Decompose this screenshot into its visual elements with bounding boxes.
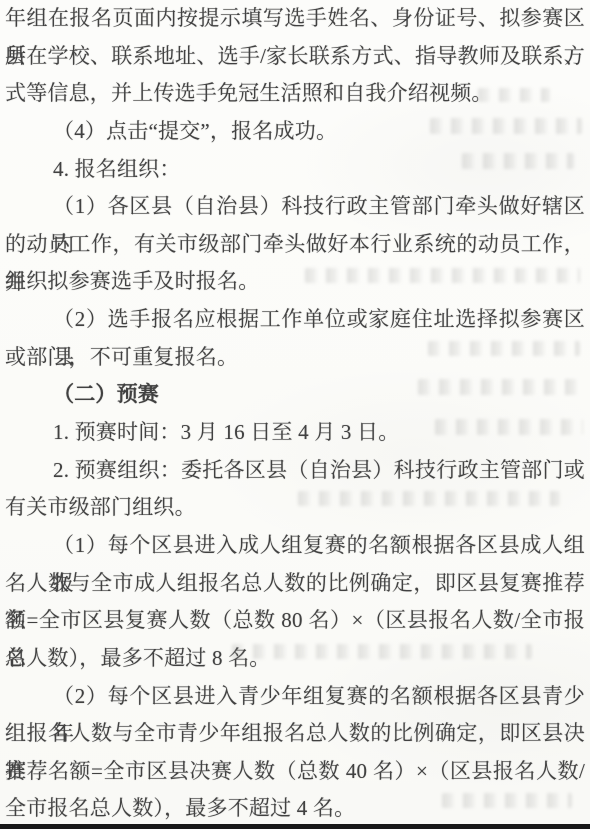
document-line: 额=全市区县复赛人数（总数 80 名）×（区县报名人数/全市报名	[5, 602, 585, 640]
document-line: 或部门，不可重复报名。	[5, 339, 585, 377]
document-line: 组报名人数与全市青少年组报名总人数的比例确定，即区县决赛	[5, 715, 585, 753]
document-line: （二）预赛	[5, 376, 585, 414]
document-line: 推荐名额=全市区县决赛人数（总数 40 名）×（区县报名人数/	[5, 753, 585, 791]
document-line: （1）各区县（自治县）科技行政主管部门牵头做好辖区内	[5, 188, 585, 226]
document-line: 所在学校、联系地址、选手/家长联系方式、指导教师及联系方	[5, 38, 585, 76]
document-line: 的动员工作，有关市级部门牵头做好本行业系统的动员工作，并	[5, 226, 585, 264]
document-body: 年组在报名页面内按提示填写选手姓名、身份证号、拟参赛区县、所在学校、联系地址、选…	[5, 0, 585, 828]
document-line: 1. 预赛时间：3 月 16 日至 4 月 3 日。	[5, 414, 585, 452]
document-line: 式等信息，并上传选手免冠生活照和自我介绍视频。	[5, 75, 585, 113]
document-line: 名人数与全市成人组报名总人数的比例确定，即区县复赛推荐名	[5, 565, 585, 603]
scanned-document-page: 年组在报名页面内按提示填写选手姓名、身份证号、拟参赛区县、所在学校、联系地址、选…	[0, 0, 590, 829]
document-line: （4）点击“提交”，报名成功。	[5, 113, 585, 151]
document-line: （1）每个区县进入成人组复赛的名额根据各区县成人组报	[5, 527, 585, 565]
scan-bottom-edge	[0, 824, 590, 829]
document-line: 全市报名总人数），最多不超过 4 名。	[5, 790, 585, 828]
document-line: （2）每个区县进入青少年组复赛的名额根据各区县青少年	[5, 678, 585, 716]
document-line: 组织拟参赛选手及时报名。	[5, 263, 585, 301]
document-line: 2. 预赛组织：委托各区县（自治县）科技行政主管部门或	[5, 452, 585, 490]
document-line: 有关市级部门组织。	[5, 489, 585, 527]
document-line: 4. 报名组织：	[5, 151, 585, 189]
document-line: 总人数），最多不超过 8 名。	[5, 640, 585, 678]
document-line: 年组在报名页面内按提示填写选手姓名、身份证号、拟参赛区县、	[5, 0, 585, 38]
document-line: （2）选手报名应根据工作单位或家庭住址选择拟参赛区县	[5, 301, 585, 339]
